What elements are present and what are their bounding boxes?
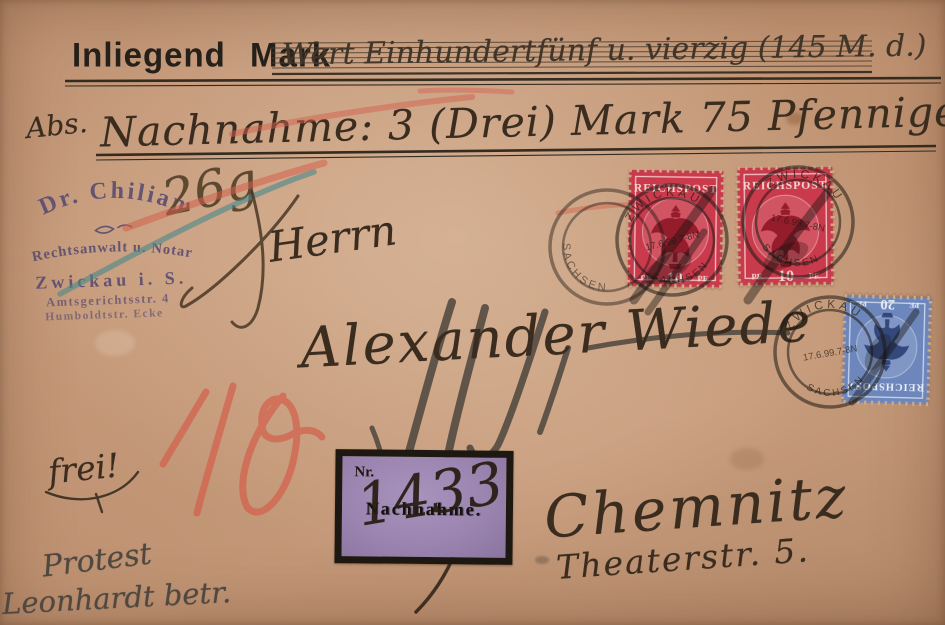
paper-stain <box>95 330 135 356</box>
stamp-unit-left: PF. <box>640 273 652 283</box>
cod-label-handwritten-number: 1433 <box>352 453 507 534</box>
stamp-inscription: REICHSPOST <box>634 182 718 195</box>
stamp-unit-left: PF. <box>908 300 919 309</box>
handwritten-addressee-name: Alexander Wiede <box>299 295 814 378</box>
stamp-unit-right: PF. <box>856 299 867 308</box>
pencil-note-protest: Protest <box>41 539 154 582</box>
stamp-value: 20 <box>880 296 895 312</box>
stamp-unit-left: PF. <box>751 271 763 281</box>
stamp-unit-right: PF. <box>697 273 709 283</box>
svg-text:SACHSEN: SACHSEN <box>560 243 609 295</box>
paper-stain <box>535 556 549 564</box>
handstamp-street1: Amtsgerichtsstr. 4 <box>46 291 170 309</box>
stamp-value: 10 <box>778 268 794 285</box>
handstamp-title: Rechtsanwalt u. Notar <box>30 237 194 267</box>
frei-underline-cross <box>96 494 102 512</box>
red-crayon-number-40-scribble <box>163 386 322 513</box>
handstamp-city: Zwickau i. S. <box>35 267 188 292</box>
handwritten-frei-note: frei! <box>46 448 120 488</box>
postage-stamp-20pf-inverted: REICHSPOST PF. 20 PF. <box>840 291 932 409</box>
cod-label: Nr. Nachnahme. 1433 <box>334 449 513 565</box>
handwritten-declared-value: Wert Einhundertfünf u. vierzig (145 M. d… <box>282 32 927 71</box>
pencil-note-betr: Leonhardt betr. <box>1 578 231 619</box>
stamp-unit-right: PF. <box>809 271 821 281</box>
envelope-scan: Inliegend Mark Wert Einhundertfünf u. vi… <box>0 0 945 625</box>
handstamp-flourish <box>95 225 132 234</box>
stamp-value: 10 <box>667 270 683 287</box>
handwritten-salutation: Herrn <box>266 209 399 269</box>
stamp-inscription: REICHSPOST <box>743 179 828 193</box>
handstamp-street2: Humboldtstr. Ecke <box>45 307 164 323</box>
postage-stamp-10pf-2: REICHSPOST PF. 10 PF. <box>735 165 835 286</box>
handwritten-abs-label: Abs. <box>25 109 89 143</box>
stamp-inscription: REICHSPOST <box>847 379 924 392</box>
postage-stamp-10pf-1: REICHSPOST PF. 10 PF. <box>626 168 725 288</box>
paper-stain <box>730 448 764 470</box>
